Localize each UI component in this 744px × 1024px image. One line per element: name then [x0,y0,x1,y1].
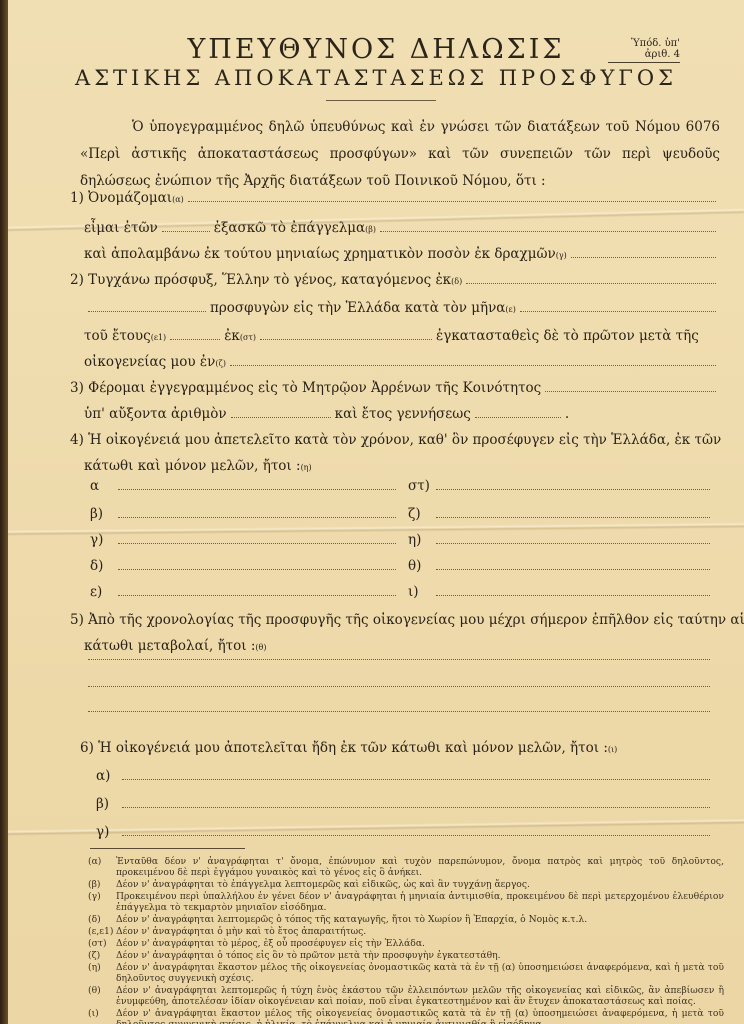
note-ref: (ε1) [151,333,166,342]
origin-field[interactable] [466,282,716,284]
footnote: (θ)Δέον ν' ἀναγράφηται λεπτομερῶς ἡ τύχη… [88,985,724,1007]
note-ref: (α) [172,195,184,204]
section-2-origin-row: 2) Τυγχάνω πρόσφυξ, Ἕλλην τὸ γένος, κατα… [70,272,720,288]
section-3-registry-row: 3) Φέρομαι ἐγγεγραμμένος εἰς τὸ Μητρῷον … [70,380,720,396]
member-field[interactable] [118,568,396,570]
member-field[interactable] [436,594,710,596]
birth-year-field[interactable] [475,416,561,418]
footnote-text: Δέον ν' ἀναγράφηται τὸ ἐπάγγελμα λεπτομε… [116,879,724,890]
footnote-text: Προκειμένου περὶ ὑπαλλήλου ἐν γένει δέον… [116,891,724,913]
footnote: (δ)Δέον ν' ἀναγράφηται λεπτομερῶς ὁ τόπο… [88,914,724,925]
label-year: τοῦ ἔτους [84,328,151,344]
note-ref: (δ) [451,277,462,286]
member-label: β) [90,506,114,522]
label-origin: 2) Τυγχάνω πρόσφυξ, Ἕλλην τὸ γένος, κατα… [70,272,451,288]
member-field[interactable] [118,542,396,544]
origin-continued-field[interactable] [88,310,206,312]
section-4-subheader: κάτωθι καὶ μόνον μελῶν, ἤτοι :(η) [84,458,720,474]
label-serial-number: ὑπ' αὔξοντα ἀριθμὸν [84,406,227,422]
label-changes-list: κάτωθι μεταβολαί, ἤτοι : [84,638,255,654]
note-ref: (στ) [240,333,256,342]
member-label: θ) [408,558,432,574]
changes-field[interactable] [88,658,710,660]
member-row-right: θ) [408,558,714,574]
section-5-subheader: κάτωθι μεταβολαί, ἤτοι :(θ) [84,638,720,654]
member-row-left: ε) [90,584,400,600]
section-1-name-row: 1) Ὀνομάζομαι(α) [70,190,720,206]
label-settled: ἐγκατασταθεὶς δὲ τὸ πρῶτον μετὰ τῆς [436,328,699,344]
member-label: γ) [90,532,114,548]
changes-row [84,685,714,691]
footnote-mark: (στ) [88,938,112,949]
footnote-mark: (α) [88,856,112,867]
note-ref: (θ) [255,643,266,652]
age-field[interactable] [162,230,210,232]
member-field[interactable] [436,542,710,544]
serial-number-field[interactable] [231,416,331,418]
title-divider [326,100,436,101]
footnote: (η)Δέον ν' ἀναγράφηται ἕκαστον μέλος τῆς… [88,962,724,984]
member-row-right: ι) [408,584,714,600]
footnote-text: Δέον ν' ἀναγράφηται ἕκαστον μέλος τῆς οἰ… [116,1008,724,1024]
section-5-header: 5) Ἀπὸ τῆς χρονολογίας τῆς προσφυγῆς τῆς… [70,612,720,628]
footnote-divider [90,848,245,849]
section-3-number-row: ὑπ' αὔξοντα ἀριθμὸν καὶ ἔτος γεννήσεως . [84,406,720,422]
footnote-mark: (ζ) [88,950,112,961]
footnote-text: Δέον ν' ἀναγράφηται τὸ μέρος, ἐξ οὗ προσ… [116,938,724,949]
note-ref: (ε) [505,305,515,314]
note-ref: (β) [365,225,376,234]
footnote: (γ)Προκειμένου περὶ ὑπαλλήλου ἐν γένει δ… [88,891,724,913]
member-row-right: ζ) [408,506,714,522]
section-2-year-row: τοῦ ἔτους(ε1) ἐκ(στ) ἐγκατασταθεὶς δὲ τὸ… [84,328,720,344]
label-birth-year: καὶ ἔτος γεννήσεως [335,406,471,422]
member-row: γ) [96,824,714,840]
member-label: α [90,478,114,494]
footnote: (α)Ἐνταῦθα δέον ν' ἀναγράφηται τ' ὄνομα,… [88,856,724,878]
changes-row [84,658,714,664]
year-field[interactable] [170,338,220,340]
profession-field[interactable] [380,230,716,232]
footnote-mark: (γ) [88,891,112,902]
member-label: στ) [408,478,432,494]
changes-row [84,710,714,716]
label-profession: ἐξασκῶ τὸ ἐπάγγελμα [214,220,365,236]
changes-field[interactable] [88,685,710,687]
label-changes: 5) Ἀπὸ τῆς χρονολογίας τῆς προσφυγῆς τῆς… [70,612,744,628]
member-field[interactable] [436,516,710,518]
income-field[interactable] [571,256,716,258]
label-members-then: κάτωθι καὶ μόνον μελῶν, ἤτοι : [84,458,301,474]
label-age: εἶμαι ἐτῶν [84,220,158,236]
footnote-text: Δέον ν' ἀναγράφηται ὁ τόπος εἰς ὃν τὸ πρ… [116,950,724,961]
member-label: δ) [90,558,114,574]
label-income: καὶ ἀπολαμβάνω ἐκ τούτου μηνιαίως χρηματ… [84,246,556,262]
note-ref: (η) [301,463,312,472]
note-ref: (γ) [556,251,567,260]
label-refuge-month: προσφυγὼν εἰς τὴν Ἑλλάδα κατὰ τὸν μῆνα [210,300,505,316]
member-field[interactable] [122,806,710,808]
section-1-age-row: εἶμαι ἐτῶν ἐξασκῶ τὸ ἐπάγγελμα(β) [84,220,720,236]
note-ref: (ζ) [215,359,226,368]
intro-paragraph: Ὁ ὑπογεγραμμένος δηλῶ ὑπευθύνως καὶ ἐν γ… [80,114,720,195]
label-family-then: 4) Ἡ οἰκογένειά μου ἀπετελεῖτο κατὰ τὸν … [70,432,721,448]
footnote-mark: (β) [88,879,112,890]
member-row-left: δ) [90,558,400,574]
footnote-mark: (ε,ε1) [88,926,112,937]
label-from: ἐκ [224,328,240,344]
member-row-left: α [90,478,400,494]
month-field[interactable] [520,310,716,312]
footnote-text: Δέον ν' ἀναγράφηται λεπτομερῶς ἡ τύχη ἑν… [116,985,724,1007]
member-label: β) [96,796,118,812]
footnote-mark: (ι) [88,1008,112,1019]
label-family-now: 6) Ἡ οἰκογένειά μου ἀποτελεῖται ἤδη ἐκ τ… [80,740,608,756]
footnote: (β)Δέον ν' ἀναγράφηται τὸ ἐπάγγελμα λεπτ… [88,879,724,890]
note-ref: (ι) [608,745,617,754]
member-field[interactable] [436,488,710,490]
footnote-mark: (δ) [88,914,112,925]
member-row-right: η) [408,532,714,548]
member-row: α) [96,768,714,784]
member-field[interactable] [122,834,710,836]
footnote: (ε,ε1)Δέον ν' ἀναγράφηται ὁ μὴν καὶ τὸ ἔ… [88,926,724,937]
paper-edge [0,0,8,1024]
form-subtitle: ΑΣΤΙΚΗΣ ΑΠΟΚΑΤΑΣΤΑΣΕΩΣ ΠΡΟΣΦΥΓΟΣ [8,66,744,90]
section-2-month-row: προσφυγὼν εἰς τὴν Ἑλλάδα κατὰ τὸν μῆνα(ε… [84,300,720,316]
label-name: 1) Ὀνομάζομαι [70,190,172,206]
member-label: γ) [96,824,118,840]
footnote: (ζ)Δέον ν' ἀναγράφηται ὁ τόπος εἰς ὃν τὸ… [88,950,724,961]
from-place-field[interactable] [260,338,432,340]
section-2-settled-row: οἰκογενείας μου ἐν(ζ) [84,354,720,370]
community-field[interactable] [545,390,716,392]
member-field[interactable] [118,488,396,490]
period: . [565,406,569,422]
member-label: ζ) [408,506,432,522]
footnote-mark: (θ) [88,985,112,996]
changes-field[interactable] [88,710,710,712]
member-row: β) [96,796,714,812]
declaration-form: ΥΠΕΥΘΥΝΟΣ ΔΗΛΩΣΙΣ ΑΣΤΙΚΗΣ ΑΠΟΚΑΤΑΣΤΑΣΕΩΣ… [8,0,744,1024]
footnote-text: Δέον ν' ἀναγράφηται ἕκαστον μέλος τῆς οἰ… [116,962,724,984]
member-field[interactable] [118,594,396,596]
member-label: ι) [408,584,432,600]
member-field[interactable] [122,778,710,780]
intro-text: Ὁ ὑπογεγραμμένος δηλῶ ὑπευθύνως καὶ ἐν γ… [80,119,720,189]
member-label: ε) [90,584,114,600]
footnote-text: Δέον ν' ἀναγράφηται λεπτομερῶς ὁ τόπος τ… [116,914,724,925]
member-field[interactable] [118,516,396,518]
footnote-text: Δέον ν' ἀναγράφηται ὁ μὴν καὶ τὸ ἔτος ἀπ… [116,926,724,937]
footnote-text: Ἐνταῦθα δέον ν' ἀναγράφηται τ' ὄνομα, ἐπ… [116,856,724,878]
member-row-left: β) [90,506,400,522]
settled-place-field[interactable] [230,364,716,366]
section-6-header: 6) Ἡ οἰκογένειά μου ἀποτελεῖται ἤδη ἐκ τ… [80,740,720,756]
member-label: η) [408,532,432,548]
label-registry: 3) Φέρομαι ἐγγεγραμμένος εἰς τὸ Μητρῷον … [70,380,541,396]
section-1-income-row: καὶ ἀπολαμβάνω ἐκ τούτου μηνιαίως χρηματ… [84,246,720,262]
name-field[interactable] [188,200,716,202]
footnote: (ι)Δέον ν' ἀναγράφηται ἕκαστον μέλος τῆς… [88,1008,724,1024]
member-row-right: στ) [408,478,714,494]
member-field[interactable] [436,568,710,570]
member-label: α) [96,768,118,784]
section-4-header: 4) Ἡ οἰκογένειά μου ἀπετελεῖτο κατὰ τὸν … [70,432,720,448]
footnote-mark: (η) [88,962,112,973]
footnote: (στ)Δέον ν' ἀναγράφηται τὸ μέρος, ἐξ οὗ … [88,938,724,949]
label-family-in: οἰκογενείας μου ἐν [84,354,215,370]
form-number: Ὑπόδ. ὑπ' ἀριθ. 4 [608,38,680,63]
member-row-left: γ) [90,532,400,548]
